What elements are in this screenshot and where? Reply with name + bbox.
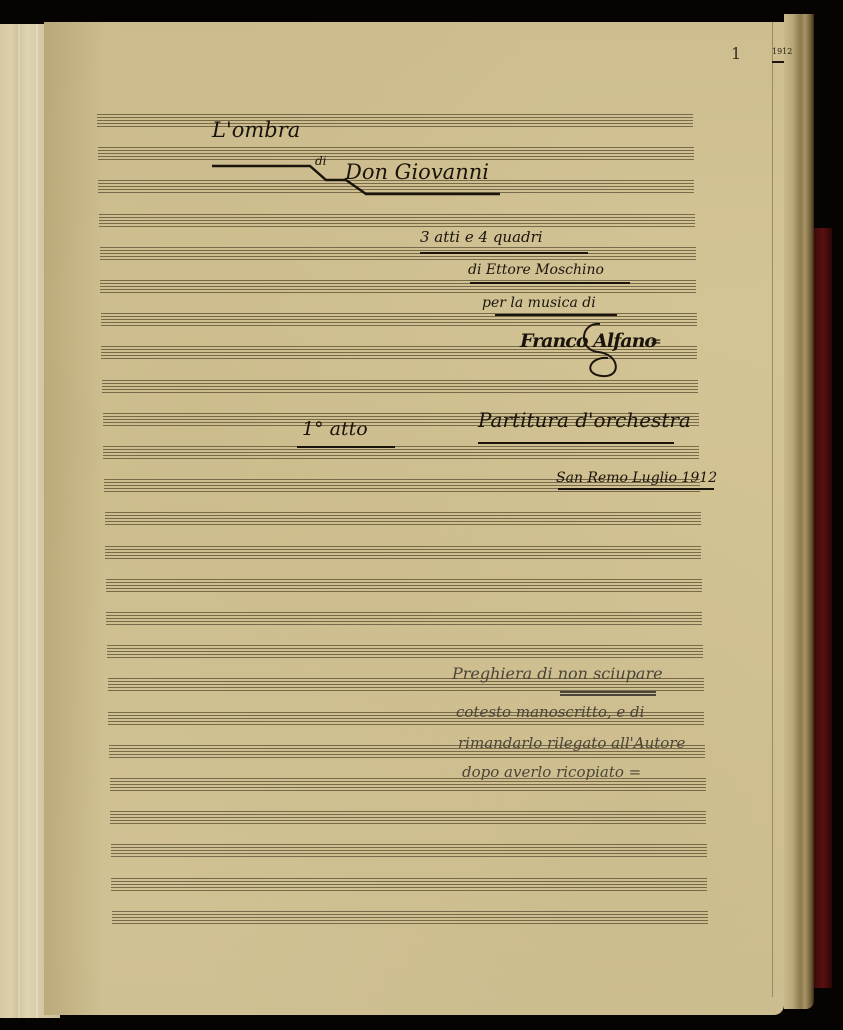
staff-line [100, 256, 696, 257]
staff-line [110, 790, 706, 791]
note-line-2: cotesto manoscritto, e di [456, 703, 644, 721]
staff-line [108, 724, 704, 725]
book-cover-edge [814, 228, 832, 988]
staff-line [102, 389, 698, 390]
staff-line [111, 850, 707, 851]
music-by-underline [495, 314, 617, 316]
title-underline-stepped [210, 160, 510, 200]
music-staff [100, 247, 696, 259]
staff-line [105, 518, 701, 519]
staff-line [111, 856, 707, 857]
signature-flourish [560, 320, 630, 380]
staff-line [98, 150, 694, 151]
staff-line [101, 316, 697, 317]
staff-line [111, 884, 707, 885]
staff-line [111, 887, 707, 888]
staff-line [110, 781, 706, 782]
staff-line [100, 253, 696, 254]
staff-line [105, 512, 701, 513]
staff-line [103, 449, 699, 450]
music-staff [105, 512, 701, 524]
staff-line [106, 624, 702, 625]
note-underline-1 [560, 691, 656, 693]
staff-line [105, 524, 701, 525]
staff-line [105, 555, 701, 556]
staff-line [105, 549, 701, 550]
staff-line [106, 588, 702, 589]
staff-line [109, 757, 705, 758]
place-date-underline [558, 488, 714, 490]
staff-line [112, 914, 708, 915]
staff-line [102, 386, 698, 387]
page-stack-edges [784, 14, 814, 1009]
staff-line [107, 651, 703, 652]
staff-line [106, 591, 702, 592]
acts-underline [420, 252, 588, 254]
staff-line [100, 286, 696, 287]
title-line-1: L'ombra [212, 118, 300, 142]
staff-line [104, 491, 700, 492]
staff-line [106, 618, 702, 619]
staff-line [110, 814, 706, 815]
staff-line [106, 579, 702, 580]
staff-line [111, 890, 707, 891]
staff-line [112, 911, 708, 912]
music-staff [99, 214, 695, 226]
staff-line [100, 292, 696, 293]
acts-and-scenes: 3 atti e 4 quadri [420, 228, 543, 246]
edge-year-underline [772, 61, 784, 63]
music-by-label: per la musica di [482, 295, 596, 311]
binding-crease [18, 24, 20, 1018]
staff-line [100, 259, 696, 260]
music-staff [110, 811, 706, 823]
staff-line [112, 923, 708, 924]
staff-line [107, 645, 703, 646]
staff-line [110, 820, 706, 821]
place-and-date: San Remo Luglio 1912 [556, 470, 717, 486]
staff-line [110, 784, 706, 785]
music-staff [105, 546, 701, 558]
staff-line [110, 787, 706, 788]
staff-line [109, 754, 705, 755]
staff-line [107, 657, 703, 658]
page-number: 1 [731, 44, 741, 63]
music-staff [107, 645, 703, 657]
margin-rule [772, 22, 773, 997]
staff-line [99, 223, 695, 224]
staff-line [111, 844, 707, 845]
staff-line [110, 811, 706, 812]
staff-line [107, 648, 703, 649]
act-label: 1° atto [302, 418, 368, 440]
staff-line [97, 123, 693, 124]
note-line-4: dopo averlo ricopiato = [462, 763, 641, 781]
staff-line [111, 881, 707, 882]
staff-line [110, 823, 706, 824]
staff-line [97, 114, 693, 115]
staff-line [100, 289, 696, 290]
binding-crease [36, 24, 38, 1018]
score-type: Partitura d'orchestra [478, 408, 691, 432]
music-staff [106, 612, 702, 624]
staff-line [98, 147, 694, 148]
staff-line [98, 156, 694, 157]
staff-line [103, 455, 699, 456]
staff-line [108, 687, 704, 688]
librettist: di Ettore Moschino [468, 262, 604, 278]
signature-trailing-mark: = [650, 334, 662, 350]
staff-line [110, 817, 706, 818]
librettist-underline [470, 282, 630, 284]
staff-line [100, 247, 696, 248]
staff-line [97, 120, 693, 121]
staff-line [111, 853, 707, 854]
act-underline [297, 446, 395, 448]
staff-line [112, 917, 708, 918]
music-staff [111, 878, 707, 890]
staff-line [99, 217, 695, 218]
music-staff [98, 147, 694, 159]
staff-line [108, 684, 704, 685]
note-line-1: Preghiera di non sciupare [452, 664, 663, 683]
staff-line [111, 847, 707, 848]
staff-line [103, 446, 699, 447]
music-staff [106, 579, 702, 591]
staff-line [97, 126, 693, 127]
staff-line [107, 654, 703, 655]
staff-line [99, 226, 695, 227]
staff-line [100, 280, 696, 281]
staff-line [105, 546, 701, 547]
music-staff [111, 844, 707, 856]
staff-line [106, 612, 702, 613]
staff-line [102, 392, 698, 393]
gutter-stain [44, 22, 104, 1015]
staff-line [106, 615, 702, 616]
staff-line [98, 153, 694, 154]
staff-line [111, 878, 707, 879]
staff-line [99, 214, 695, 215]
music-staff [102, 380, 698, 392]
score-type-underline [478, 442, 674, 444]
staff-line [105, 558, 701, 559]
staff-line [112, 920, 708, 921]
music-staff [103, 446, 699, 458]
note-underline-2 [560, 694, 656, 696]
staff-line [105, 515, 701, 516]
staff-line [106, 582, 702, 583]
staff-line [102, 383, 698, 384]
staff-line [106, 621, 702, 622]
music-staff [97, 114, 693, 126]
music-staff [112, 911, 708, 923]
staff-line [100, 250, 696, 251]
staff-line [103, 452, 699, 453]
staff-line [105, 552, 701, 553]
note-line-3: rimandarlo rilegato all'Autore [458, 734, 685, 752]
edge-year-note: 1912 [772, 47, 792, 56]
staff-line [97, 117, 693, 118]
staff-line [99, 220, 695, 221]
staff-line [106, 585, 702, 586]
staff-line [105, 521, 701, 522]
staff-line [103, 458, 699, 459]
